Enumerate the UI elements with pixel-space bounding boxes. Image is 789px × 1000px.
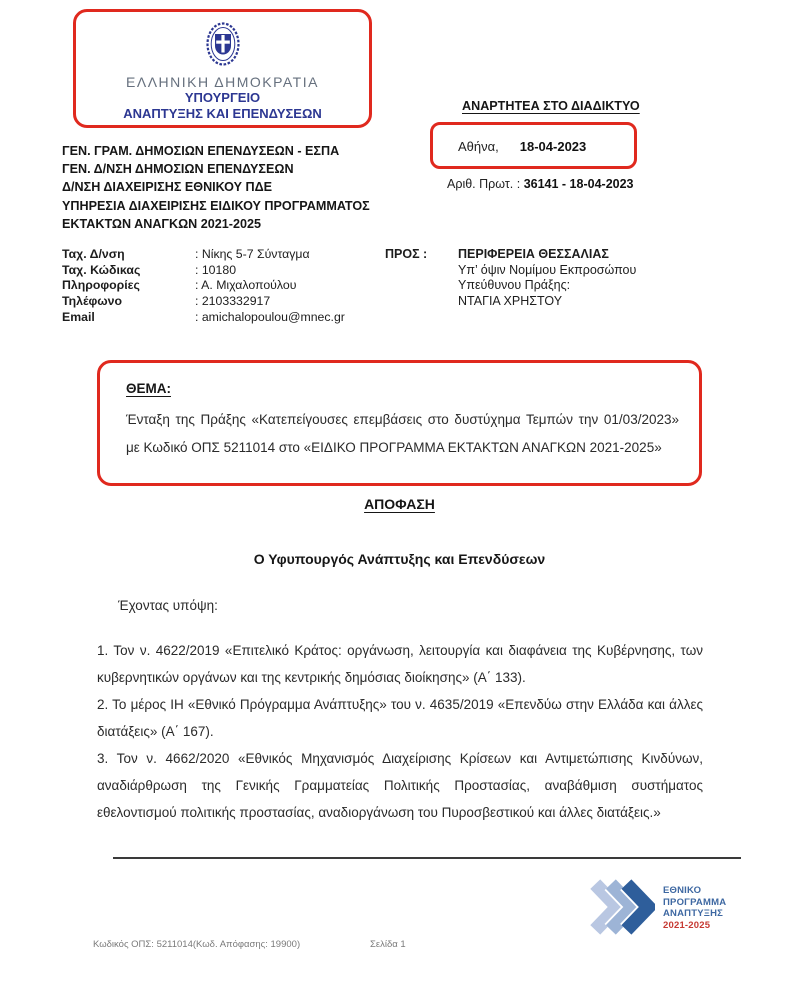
document-date: 18-04-2023 (520, 139, 587, 154)
recipient-block: ΠΡΟΣ : ΠΕΡΙΦΕΡΕΙΑ ΘΕΣΣΑΛΙΑΣ Υπ’ όψιν Νομ… (385, 247, 715, 310)
contact-row-information: Πληροφορίες : Α. Μιχαλοπούλου (62, 278, 392, 294)
contact-value: : Α. Μιχαλοπούλου (195, 278, 296, 294)
hellenic-republic-label: ΕΛΛΗΝΙΚΗ ΔΗΜΟΚΡΑΤΙΑ (76, 74, 369, 90)
contact-row-email: Email : amichalopoulou@mnec.gr (62, 310, 392, 326)
ndp-logo-line: ΠΡΟΓΡΑΜΜΑ (663, 897, 726, 909)
to-label: ΠΡΟΣ : (385, 247, 427, 263)
recipient-line: ΝΤΑΓΙΑ ΧΡΗΣΤΟΥ (458, 294, 715, 310)
legal-item: 3. Τον ν. 4662/2020 «Εθνικός Μηχανισμός … (97, 745, 703, 826)
subject-label: ΘΕΜΑ: (126, 381, 171, 396)
contact-value: : 2103332917 (195, 294, 270, 310)
header-annotation-box: ΕΛΛΗΝΙΚΗ ΔΗΜΟΚΡΑΤΙΑ ΥΠΟΥΡΓΕΙΟ ΑΝΑΠΤΥΞΗΣ … (73, 9, 372, 128)
document-page: ΕΛΛΗΝΙΚΗ ΔΗΜΟΚΡΑΤΙΑ ΥΠΟΥΡΓΕΙΟ ΑΝΑΠΤΥΞΗΣ … (0, 0, 789, 1000)
department-line: ΓΕΝ. Δ/ΝΣΗ ΔΗΜΟΣΙΩΝ ΕΠΕΝΔΥΣΕΩΝ (62, 160, 422, 178)
subject-text: Ένταξη της Πράξης «Κατεπείγουσες επεμβάσ… (126, 406, 679, 462)
department-line: ΥΠΗΡΕΣΙΑ ΔΙΑΧΕΙΡΙΣΗΣ ΕΙΔΙΚΟΥ ΠΡΟΓΡΑΜΜΑΤΟ… (62, 197, 422, 215)
ndp-chevrons-icon (585, 874, 655, 940)
contact-label: Πληροφορίες (62, 278, 195, 294)
department-line: ΓΕΝ. ΓΡΑΜ. ΔΗΜΟΣΙΩΝ ΕΠΕΝΔΥΣΕΩΝ - ΕΣΠΑ (62, 142, 422, 160)
decision-subheading: Ο Υφυπουργός Ανάπτυξης και Επενδύσεων (97, 551, 702, 567)
greek-coat-of-arms-icon (76, 21, 369, 72)
department-line: Δ/ΝΣΗ ΔΙΑΧΕΙΡΙΣΗΣ ΕΘΝΙΚΟΥ ΠΔΕ (62, 178, 422, 196)
national-development-programme-logo: ΕΘΝΙΚΟ ΠΡΟΓΡΑΜΜΑ ΑΝΑΠΤΥΞΗΣ 2021-2025 (585, 874, 745, 950)
ndp-logo-line: ΕΘΝΙΚΟ (663, 885, 726, 897)
recipient-name: ΠΕΡΙΦΕΡΕΙΑ ΘΕΣΣΑΛΙΑΣ (458, 247, 715, 263)
recipient-line: Υπ’ όψιν Νομίμου Εκπροσώπου (458, 263, 715, 279)
subject-annotation-box: ΘΕΜΑ: Ένταξη της Πράξης «Κατεπείγουσες ε… (97, 360, 702, 486)
contact-row-address: Ταχ. Δ/νση : Νίκης 5-7 Σύνταγμα (62, 247, 392, 263)
legal-item: 1. Τον ν. 4622/2019 «Επιτελικό Κράτος: ο… (97, 637, 703, 691)
department-block: ΓΕΝ. ΓΡΑΜ. ΔΗΜΟΣΙΩΝ ΕΠΕΝΔΥΣΕΩΝ - ΕΣΠΑ ΓΕ… (62, 142, 422, 233)
city-label: Αθήνα, (458, 139, 499, 154)
protocol-value: 36141 - 18-04-2023 (524, 177, 634, 191)
contact-value: : 10180 (195, 263, 236, 279)
date-annotation-box: Αθήνα,18-04-2023 (430, 122, 637, 169)
decision-heading: ΑΠΟΦΑΣΗ (97, 496, 702, 512)
contact-row-phone: Τηλέφωνο : 2103332917 (62, 294, 392, 310)
ministry-line1: ΥΠΟΥΡΓΕΙΟ (76, 90, 369, 106)
footer-ops-code: Κωδικός ΟΠΣ: 5211014(Κωδ. Απόφασης: 1990… (93, 939, 300, 950)
ndp-logo-years: 2021-2025 (663, 920, 726, 932)
legal-items-list: 1. Τον ν. 4622/2019 «Επιτελικό Κράτος: ο… (97, 637, 703, 826)
footer-page-number: Σελίδα 1 (370, 939, 406, 950)
legal-item: 2. Το μέρος ΙΗ «Εθνικό Πρόγραμμα Ανάπτυξ… (97, 691, 703, 745)
contact-label: Email (62, 310, 195, 326)
protocol-label: Αριθ. Πρωτ. : (447, 177, 524, 191)
ndp-logo-line: ΑΝΑΠΤΥΞΗΣ (663, 908, 726, 920)
contact-label: Ταχ. Κώδικας (62, 263, 195, 279)
recipient-line: Υπεύθυνου Πράξης: (458, 278, 715, 294)
contact-row-postal-code: Ταχ. Κώδικας : 10180 (62, 263, 392, 279)
department-line: ΕΚΤΑΚΤΩΝ ΑΝΑΓΚΩΝ 2021-2025 (62, 215, 422, 233)
contact-label: Ταχ. Δ/νση (62, 247, 195, 263)
contact-block: Ταχ. Δ/νση : Νίκης 5-7 Σύνταγμα Ταχ. Κώδ… (62, 247, 392, 326)
contact-value: : Νίκης 5-7 Σύνταγμα (195, 247, 310, 263)
web-posting-label: ΑΝΑΡΤΗΤΕΑ ΣΤΟ ΔΙΑΔΙΚΤΥΟ (462, 99, 640, 113)
footer-divider (113, 857, 741, 859)
protocol-number-line: Αριθ. Πρωτ. : 36141 - 18-04-2023 (447, 177, 634, 191)
contact-label: Τηλέφωνο (62, 294, 195, 310)
having-regard-label: Έχοντας υπόψη: (118, 598, 218, 613)
contact-value: : amichalopoulou@mnec.gr (195, 310, 345, 326)
ministry-line2: ΑΝΑΠΤΥΞΗΣ ΚΑΙ ΕΠΕΝΔΥΣΕΩΝ (76, 106, 369, 122)
